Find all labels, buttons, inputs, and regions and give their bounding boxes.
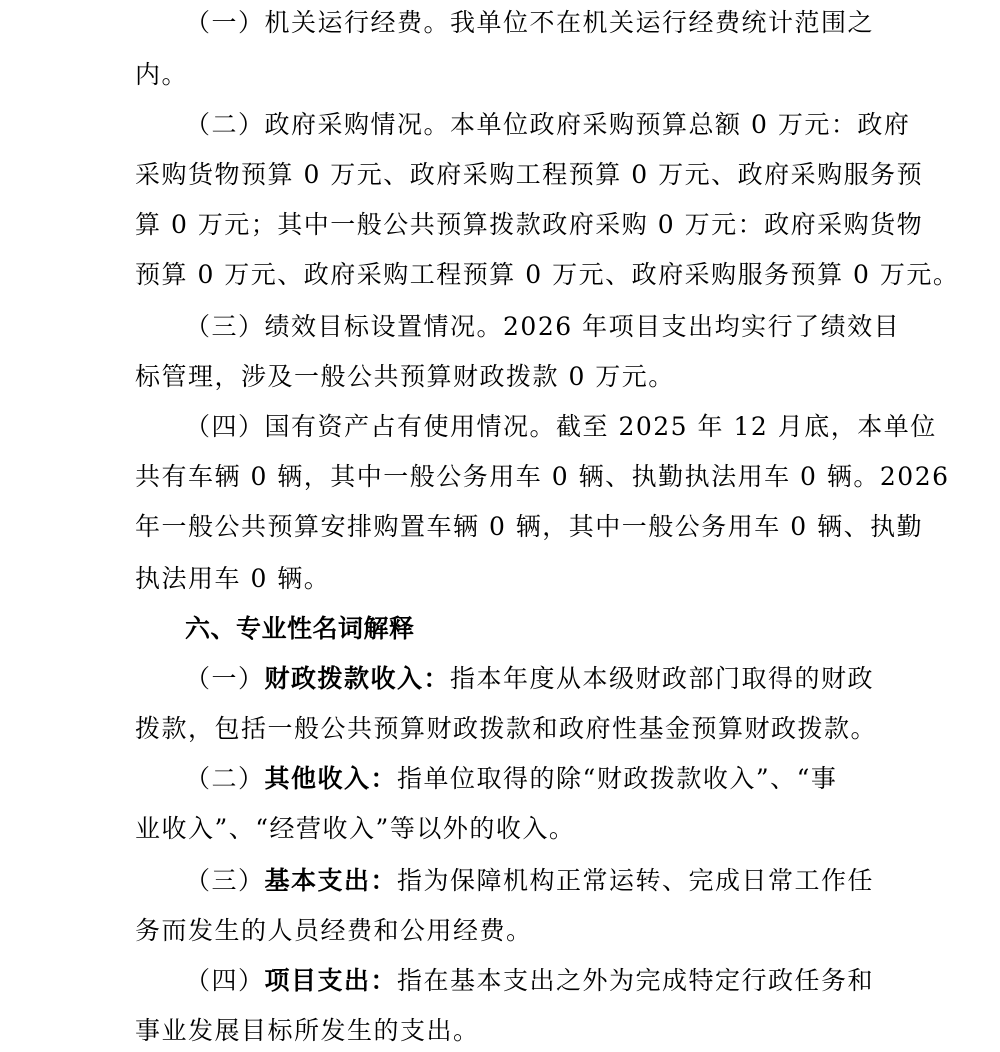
item-label: （二）政府采购情况。 xyxy=(185,110,450,139)
item-label: （三）绩效目标设置情况。 xyxy=(185,312,503,341)
definition-continuation: 务而发生的人员经费和公用经费。 xyxy=(135,914,880,948)
paragraph-procurement: （二）政府采购情况。本单位政府采购预算总额 0 万元：政府 xyxy=(185,108,880,142)
definition-text: 指本年度从本级财政部门取得的财政 xyxy=(450,664,874,693)
term-label: 基本支出： xyxy=(265,866,398,895)
term-label: 其他收入： xyxy=(265,764,398,793)
definition-continuation: 事业发展目标所发生的支出。 xyxy=(135,1014,880,1048)
paragraph-continuation: 预算 0 万元、政府采购工程预算 0 万元、政府采购服务预算 0 万元。 xyxy=(135,258,880,292)
item-prefix: （二） xyxy=(185,764,265,793)
definition-project-expenditure: （四）项目支出：指在基本支出之外为完成特定行政任务和 xyxy=(185,964,880,998)
paragraph-continuation: 年一般公共预算安排购置车辆 0 辆，其中一般公务用车 0 辆、执勤 xyxy=(135,510,880,544)
definition-continuation: 业收入”、“经营收入”等以外的收入。 xyxy=(135,812,880,846)
definition-fiscal-appropriation-income: （一）财政拨款收入：指本年度从本级财政部门取得的财政 xyxy=(185,662,880,696)
paragraph-text: 本单位政府采购预算总额 0 万元：政府 xyxy=(450,110,910,139)
term-label: 项目支出： xyxy=(265,966,398,995)
paragraph-text: 我单位不在机关运行经费统计范围之 xyxy=(450,8,874,37)
definition-text: 指单位取得的除“财政拨款收入”、“事 xyxy=(397,764,837,793)
item-label: （四）国有资产占有使用情况。 xyxy=(185,412,556,441)
paragraph-operating-costs: （一）机关运行经费。我单位不在机关运行经费统计范围之 xyxy=(185,6,880,40)
paragraph-continuation: 算 0 万元；其中一般公共预算拨款政府采购 0 万元：政府采购货物 xyxy=(135,208,880,242)
paragraph-continuation: 共有车辆 0 辆，其中一般公务用车 0 辆、执勤执法用车 0 辆。2026 xyxy=(135,460,880,494)
paragraph-continuation: 内。 xyxy=(135,58,880,92)
definition-continuation: 拨款，包括一般公共预算财政拨款和政府性基金预算财政拨款。 xyxy=(135,712,880,746)
definition-text: 指为保障机构正常运转、完成日常工作任 xyxy=(397,866,874,895)
item-label: （一）机关运行经费。 xyxy=(185,8,450,37)
paragraph-continuation: 标管理，涉及一般公共预算财政拨款 0 万元。 xyxy=(135,360,880,394)
paragraph-text: 截至 2025 年 12 月底，本单位 xyxy=(556,412,937,441)
definition-basic-expenditure: （三）基本支出：指为保障机构正常运转、完成日常工作任 xyxy=(185,864,880,898)
definition-other-income: （二）其他收入：指单位取得的除“财政拨款收入”、“事 xyxy=(185,762,880,796)
paragraph-state-assets: （四）国有资产占有使用情况。截至 2025 年 12 月底，本单位 xyxy=(185,410,880,444)
paragraph-continuation: 执法用车 0 辆。 xyxy=(135,562,880,596)
definition-text: 指在基本支出之外为完成特定行政任务和 xyxy=(397,966,874,995)
paragraph-performance-goals: （三）绩效目标设置情况。2026 年项目支出均实行了绩效目 xyxy=(185,310,880,344)
section-heading: 六、专业性名词解释 xyxy=(185,612,930,646)
item-prefix: （四） xyxy=(185,966,265,995)
item-prefix: （三） xyxy=(185,866,265,895)
item-prefix: （一） xyxy=(185,664,265,693)
paragraph-text: 2026 年项目支出均实行了绩效目 xyxy=(503,312,900,341)
paragraph-continuation: 采购货物预算 0 万元、政府采购工程预算 0 万元、政府采购服务预 xyxy=(135,158,880,192)
term-label: 财政拨款收入： xyxy=(265,664,451,693)
